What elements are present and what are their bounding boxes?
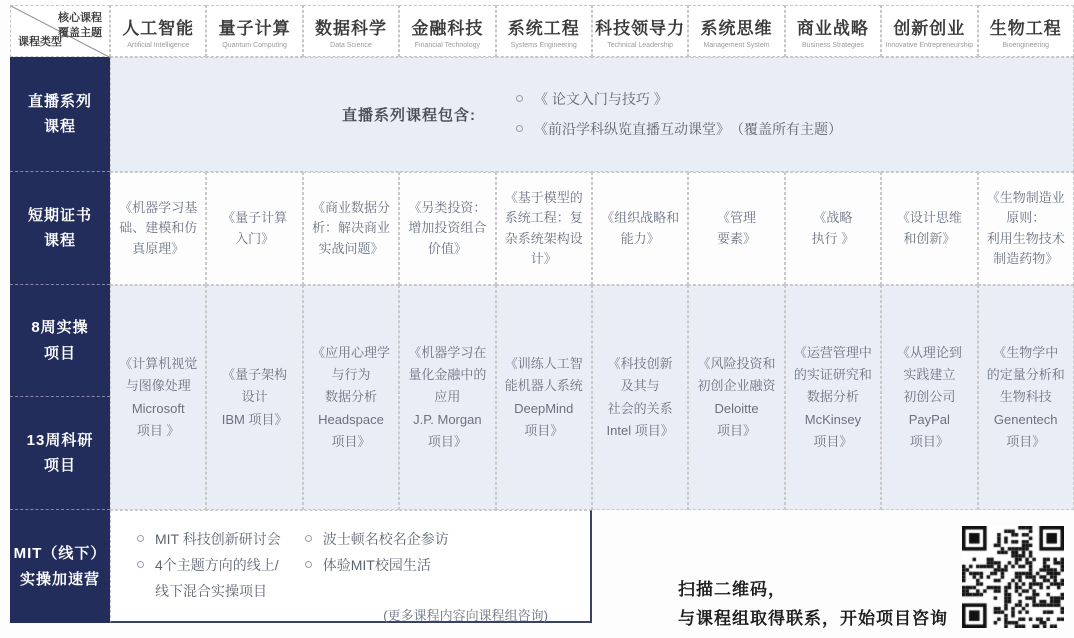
column-subtitle: Management System [703, 42, 769, 49]
column-subtitle: Innovative Entrepreneurship [886, 42, 974, 49]
course-matrix-poster: 核心课程 覆盖主题 课程类型 人工智能 Artificial Intellige… [0, 0, 1074, 638]
column-header-systems-eng: 系统工程 Systems Engineering [496, 5, 592, 57]
bullet-circle-icon [137, 535, 144, 542]
row-header-mit-camp: MIT（线下） 实操加速营 [10, 510, 110, 623]
column-title: 数据科学 [315, 14, 387, 39]
column-title: 系统工程 [508, 14, 580, 39]
live-series-list: 《 论文入门与技巧 》 《前沿学科纵览直播互动课堂》 （覆盖所有主题） [516, 85, 842, 144]
project-cell: 《科技创新 及其与 社会的关系 Intel 项目》 [592, 285, 688, 510]
column-subtitle: Bioengineering [1002, 42, 1049, 49]
column-title: 创新创业 [893, 14, 965, 39]
certificate-cell: 《设计思维 和创新》 [881, 172, 977, 285]
column-title: 科技领导力 [595, 14, 685, 39]
certificate-cell: 《另类投资：增加投资组合价值》 [399, 172, 495, 285]
column-subtitle: Artificial Intelligence [127, 42, 189, 49]
project-cell: 《应用心理学 与行为 数据分析 Headspace 项目》 [303, 285, 399, 510]
list-item-text: 体验MIT校园生活 [323, 553, 431, 579]
certificate-cell: 《基于模型的系统工程：复杂系统架构设计》 [496, 172, 592, 285]
list-item-text: MIT 科技创新研讨会 [155, 527, 281, 553]
certificate-cell: 《商业数据分析：解决商业实战问题》 [303, 172, 399, 285]
corner-top-label: 核心课程 覆盖主题 [58, 11, 102, 41]
column-subtitle: Data Science [330, 42, 372, 49]
corner-cell: 核心课程 覆盖主题 课程类型 [10, 5, 110, 57]
list-item: 体验MIT校园生活 [305, 553, 449, 579]
column-header-datascience: 数据科学 Data Science [303, 5, 399, 57]
column-header-systems-thinking: 系统思维 Management System [688, 5, 784, 57]
list-item-text: 《前沿学科纵览直播互动课堂》 （覆盖所有主题） [534, 115, 842, 144]
column-title: 系统思维 [701, 14, 773, 39]
list-item: 《前沿学科纵览直播互动课堂》 （覆盖所有主题） [516, 115, 842, 144]
certificate-cell: 《量子计算 入门》 [206, 172, 302, 285]
column-subtitle: Business Strategies [802, 42, 864, 49]
mit-camp-box: MIT 科技创新研讨会 4个主题方向的线上/ 线下混合实操项目 波士顿名校名企参… [110, 510, 592, 623]
column-header-tech-leadership: 科技领导力 Technical Leadership [592, 5, 688, 57]
row-header-13week-research: 13周科研 项目 [10, 397, 110, 510]
list-item: 波士顿名校名企参访 [305, 527, 449, 553]
list-item: MIT 科技创新研讨会 [137, 527, 281, 553]
mit-camp-list-left: MIT 科技创新研讨会 4个主题方向的线上/ 线下混合实操项目 [137, 527, 281, 605]
column-header-ai: 人工智能 Artificial Intelligence [110, 5, 206, 57]
list-item: 《 论文入门与技巧 》 [516, 85, 842, 114]
project-cell: 《机器学习在 量化金融中的 应用 J.P. Morgan 项目》 [399, 285, 495, 510]
project-cell: 《量子架构 设计 IBM 项目》 [206, 285, 302, 510]
mit-camp-list-right: 波士顿名校名企参访 体验MIT校园生活 [305, 527, 449, 605]
column-subtitle: Financial Technology [415, 42, 480, 49]
live-series-row: 直播系列课程包含: 《 论文入门与技巧 》 《前沿学科纵览直播互动课堂》 （覆盖… [110, 57, 1074, 172]
column-title: 人工智能 [122, 14, 194, 39]
project-cell: 《计算机视觉 与图像处理 Microsoft 项目 》 [110, 285, 206, 510]
project-cell: 《运营管理中 的实证研究和 数据分析 McKinsey 项目》 [785, 285, 881, 510]
bullet-circle-icon [137, 561, 144, 568]
column-header-entrepreneurship: 创新创业 Innovative Entrepreneurship [881, 5, 977, 57]
certificate-cell: 《机器学习基础、建模和仿真原理》 [110, 172, 206, 285]
column-title: 量子计算 [219, 14, 291, 39]
project-cell: 《训练人工智 能机器人系统 DeepMind 项目》 [496, 285, 592, 510]
mit-camp-note: (更多课程内容向课程组咨询) [383, 605, 548, 624]
column-header-bioengineering: 生物工程 Bioengineering [978, 5, 1074, 57]
scan-cta: 扫描二维码， 与课程组取得联系，开始项目咨询 [678, 576, 948, 634]
certificate-cell: 《组织战略和能力》 [592, 172, 688, 285]
column-subtitle: Technical Leadership [607, 42, 673, 49]
list-item-text: 4个主题方向的线上/ 线下混合实操项目 [155, 553, 279, 605]
list-item: 4个主题方向的线上/ 线下混合实操项目 [137, 553, 281, 605]
bullet-circle-icon [305, 535, 312, 542]
list-item-text: 《 论文入门与技巧 》 [534, 85, 668, 114]
column-header-business-strategy: 商业战略 Business Strategies [785, 5, 881, 57]
project-cell: 《生物学中 的定量分析和 生物科技 Genentech 项目》 [978, 285, 1074, 510]
scan-cta-line2: 与课程组取得联系，开始项目咨询 [678, 605, 948, 634]
column-title: 商业战略 [797, 14, 869, 39]
scan-cta-line1: 扫描二维码， [678, 576, 948, 605]
list-item-text: 波士顿名校名企参访 [323, 527, 449, 553]
course-table: 核心课程 覆盖主题 课程类型 人工智能 Artificial Intellige… [10, 5, 1074, 623]
column-header-fintech: 金融科技 Financial Technology [399, 5, 495, 57]
qr-code [962, 526, 1064, 628]
project-cell: 《从理论到 实践建立 初创公司 PayPal 项目》 [881, 285, 977, 510]
live-series-intro: 直播系列课程包含: [342, 104, 476, 125]
column-title: 生物工程 [990, 14, 1062, 39]
project-cell: 《风险投资和 初创企业融资 Deloitte 项目》 [688, 285, 784, 510]
certificate-cell: 《战略 执行 》 [785, 172, 881, 285]
column-title: 金融科技 [411, 14, 483, 39]
corner-bottom-label: 课程类型 [18, 33, 62, 49]
mit-camp-columns: MIT 科技创新研讨会 4个主题方向的线上/ 线下混合实操项目 波士顿名校名企参… [137, 527, 578, 605]
certificate-cell: 《生物制造业 原则： 利用生物技术 制造药物》 [978, 172, 1074, 285]
column-subtitle: Quantum Computing [222, 42, 287, 49]
bullet-circle-icon [516, 95, 523, 102]
bullet-circle-icon [516, 125, 523, 132]
row-header-8week-project: 8周实操 项目 [10, 285, 110, 397]
bullet-circle-icon [305, 561, 312, 568]
row-header-live-series: 直播系列 课程 [10, 57, 110, 172]
column-subtitle: Systems Engineering [511, 42, 577, 49]
certificate-cell: 《管理 要素》 [688, 172, 784, 285]
row-header-certificate: 短期证书 课程 [10, 172, 110, 285]
column-header-quantum: 量子计算 Quantum Computing [206, 5, 302, 57]
